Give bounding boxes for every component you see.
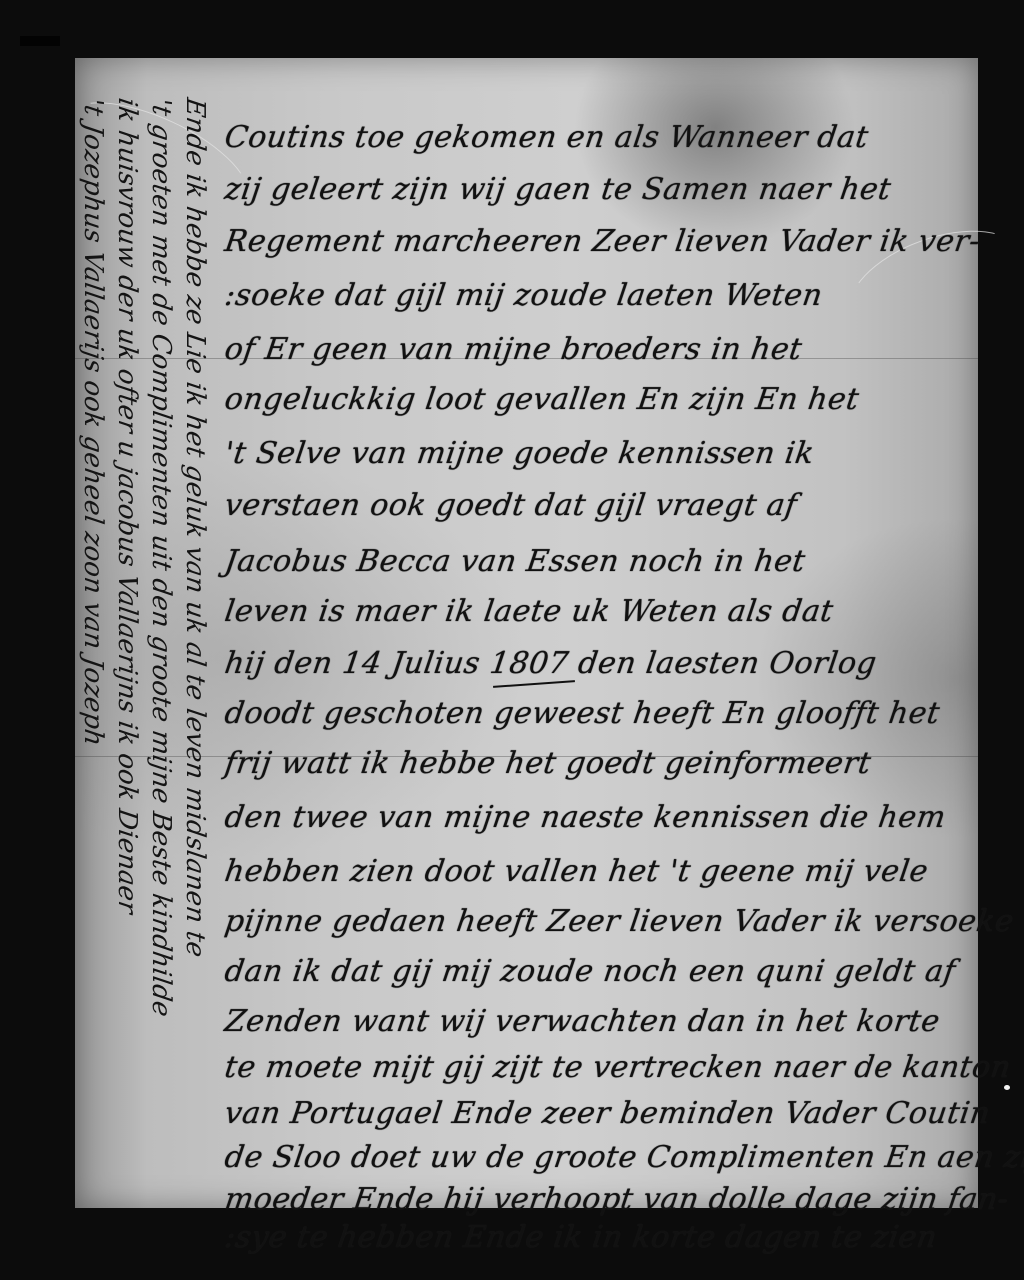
body-line: of Er geen van mijne broeders in het — [223, 332, 805, 367]
body-line: te moete mijt gij zijt te vertrecken nae… — [223, 1050, 1014, 1085]
margin-line: 't groeten met de Complimenten uit den g… — [146, 96, 176, 1019]
margin-line: Ende ik hebbe ze Lie ik het geluk van uk… — [180, 96, 210, 959]
dust-speck — [1004, 1085, 1010, 1090]
body-line: zij geleert zijn wij gaen te Samen naer … — [223, 172, 894, 207]
letter-paper: Ende ik hebbe ze Lie ik het geluk van uk… — [75, 58, 978, 1208]
body-line: verstaen ook goedt dat gijl vraegt af — [223, 488, 800, 523]
body-line: dan ik dat gij mij zoude noch een quni g… — [223, 954, 958, 989]
body-line: den twee van mijne naeste kennissen die … — [223, 800, 949, 835]
body-line: Coutins toe gekomen en als Wanneer dat — [223, 120, 871, 155]
margin-postscript: Ende ik hebbe ze Lie ik het geluk van uk… — [70, 98, 210, 1158]
body-line: moeder Ende hij verhoopt van dolle dage … — [223, 1182, 1011, 1217]
body-line: :soeke dat gijl mij zoude laeten Weten — [223, 278, 825, 313]
body-line: leven is maer ik laete uk Weten als dat — [223, 594, 836, 629]
scan-frame-mark — [20, 36, 60, 46]
body-line: frij watt ik hebbe het goedt geinformeer… — [223, 746, 874, 781]
margin-line: ik huisvrouw der uk ofter u jacobus Vall… — [112, 96, 142, 916]
body-line: hebben zien doot vallen het 't geene mij… — [223, 854, 931, 889]
margin-line: 't Jozephus Vallaerijs ook geheel zoon v… — [78, 96, 108, 748]
body-line: pijnne gedaen heeft Zeer lieven Vader ik… — [223, 904, 1016, 939]
body-line: 't Selve van mijne goede kennissen ik — [223, 436, 817, 471]
date-underline — [493, 680, 575, 688]
body-line: Zenden want wij verwachten dan in het ko… — [223, 1004, 943, 1039]
body-line: ongeluckkig loot gevallen En zijn En het — [223, 382, 862, 417]
body-line: :sye te hebben Ende ik in korte dagen te… — [223, 1220, 940, 1255]
body-line-with-date: hij den 14 Julius 1807 den laesten Oorlo… — [223, 646, 879, 681]
body-line: Jacobus Becca van Essen noch in het — [223, 544, 808, 579]
body-line: de Sloo doet uw de groote Complimenten E… — [223, 1140, 1024, 1175]
scan-background: Ende ik hebbe ze Lie ik het geluk van uk… — [0, 0, 1024, 1280]
body-line: van Portugael Ende zeer beminden Vader C… — [223, 1096, 993, 1131]
body-line: Regement marcheeren Zeer lieven Vader ik… — [223, 224, 983, 259]
body-line: doodt geschoten geweest heeft En gloofft… — [223, 696, 943, 731]
